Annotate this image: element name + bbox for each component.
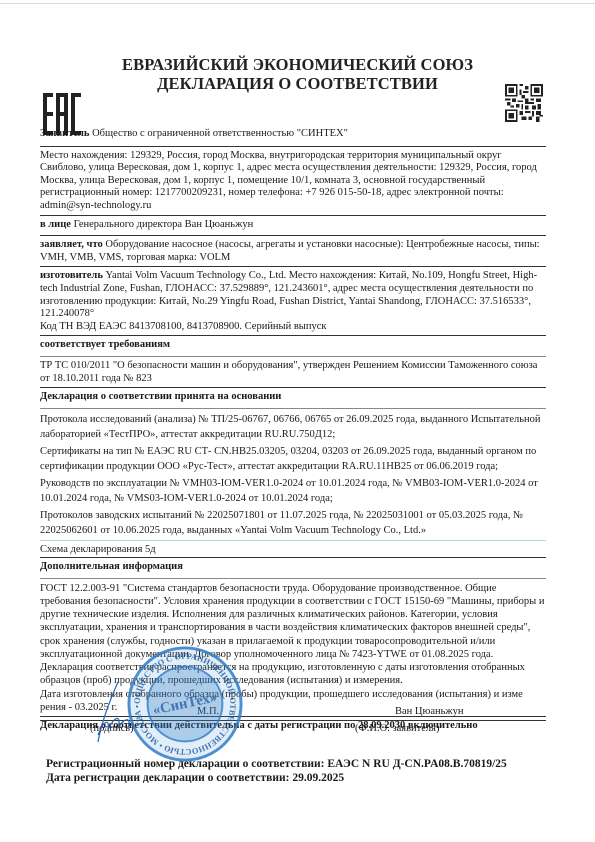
applicant-address: Место нахождения: 129329, Россия, город … [40,150,546,213]
divider [40,235,546,236]
signature-scribble-icon [88,680,148,750]
additional-info-label: Дополнительная информация [40,561,546,574]
basis-item: Сертификаты на тип № ЕАЭС RU СТ- CN.НВ25… [40,444,546,474]
applicant-label: Заявитель [40,128,89,139]
manufacturer-row: изготовитель Yantai Volm Vacuum Technolo… [40,270,546,320]
signer-name: Ван Цюаньжун [395,706,464,717]
represented-by-value: Генерального директора Ван Цюаньжун [74,219,254,230]
applicant-row: Заявитель Общество с ограниченной ответс… [40,128,546,141]
divider [40,146,546,147]
applicant-value: Общество с ограниченной ответственностью… [92,128,348,139]
declares-value: Оборудование насосное (насосы, агрегаты … [40,239,540,263]
registration-number: Регистрационный номер декларации о соотв… [46,758,507,772]
declares-row: заявляет, что Оборудование насосное (нас… [40,239,546,264]
basis-item: Протокола исследований (анализа) № ТП/25… [40,412,546,442]
represented-by-row: в лице Генерального директора Ван Цюаньж… [40,219,546,232]
divider [40,335,546,336]
fio-caption: (Ф.И.О. заявителя) [355,723,440,734]
complies-value: ТР ТС 010/2011 "О безопасности машин и о… [40,360,546,385]
divider [40,356,546,357]
declaration-scheme: Схема декларирования 5д [40,544,546,557]
basis-item: Протоколов заводских испытаний № 2202507… [40,508,546,538]
represented-by-label: в лице [40,219,71,230]
manufacturer-label: изготовитель [40,270,103,281]
declaration-body: Заявитель Общество с ограниченной ответс… [40,126,546,733]
qr-code-icon [505,84,543,122]
divider [40,578,546,579]
divider [40,266,546,267]
divider [40,215,546,216]
scan-edge [0,3,595,4]
basis-label: Декларация о соответствии принята на осн… [40,391,546,404]
declares-label: заявляет, что [40,239,103,250]
additional-info-text: ГОСТ 12.2.003-91 "Система стандартов без… [40,582,546,688]
registration-block: Регистрационный номер декларации о соотв… [46,758,507,785]
tn-ved-code: Код ТН ВЭД ЕАЭС 8413708100, 8413708900. … [40,321,546,334]
registration-date: Дата регистрации декларации о соответств… [46,772,507,786]
divider [40,387,546,388]
manufacturer-value: Yantai Volm Vacuum Technology Co., Ltd. … [40,270,537,319]
divider [40,408,546,409]
divider [40,557,546,558]
union-title: ЕВРАЗИЙСКИЙ ЭКОНОМИЧЕСКИЙ СОЮЗ [0,55,595,75]
divider [40,540,546,541]
complies-label: соответствует требованиям [40,339,546,352]
basis-item: Руководств по эксплуатации № VMH03-IOM-V… [40,476,546,506]
